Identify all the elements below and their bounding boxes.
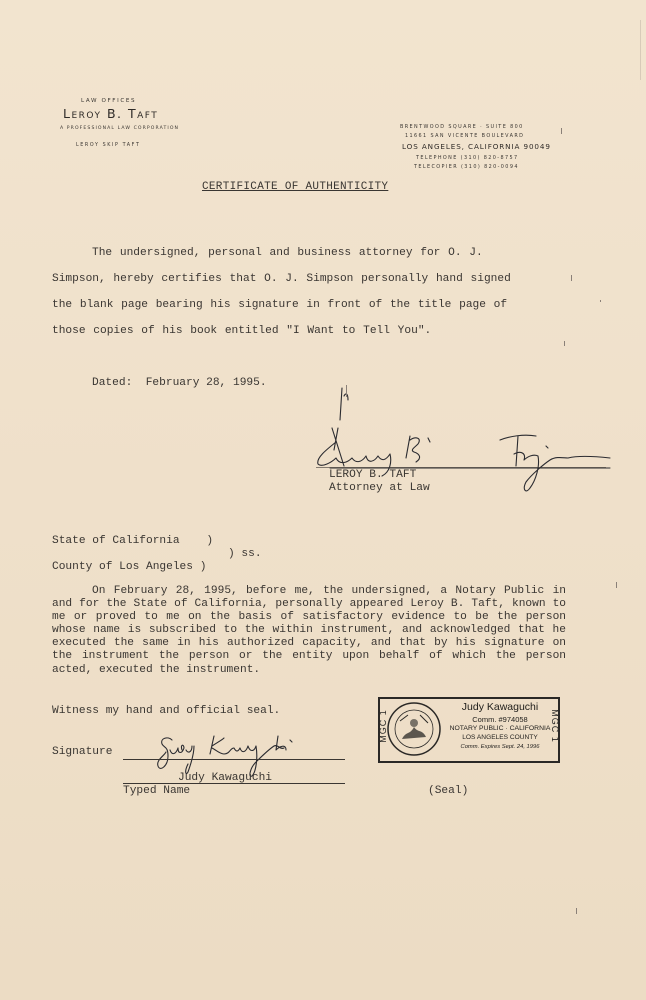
letterhead-corporation: A PROFESSIONAL LAW CORPORATION	[60, 126, 179, 131]
paper-speck	[600, 300, 601, 302]
venue-county: County of Los Angeles )	[52, 561, 206, 573]
letterhead-address-line2: 11661 SAN VICENTE BOULEVARD	[405, 133, 524, 139]
certificate-title: CERTIFICATE OF AUTHENTICITY	[202, 181, 388, 193]
notary-witness: Witness my hand and official seal.	[52, 705, 280, 717]
certificate-body-line-4: those copies of his book entitled "I Wan…	[52, 318, 431, 344]
stamp-title: NOTARY PUBLIC · CALIFORNIA	[442, 725, 558, 732]
attorney-signature-line	[316, 467, 606, 468]
notary-signature-line	[123, 759, 345, 760]
certificate-dated: Dated: February 28, 1995.	[92, 377, 267, 389]
letterhead-city: LOS ANGELES, CALIFORNIA 90049	[402, 142, 551, 151]
letterhead-address-line1: BRENTWOOD SQUARE · SUITE 800	[400, 124, 524, 130]
certificate-body-line-2: Simpson, hereby certifies that O. J. Sim…	[52, 266, 511, 292]
paper-speck	[576, 908, 577, 914]
venue-ss: ) ss.	[228, 548, 262, 560]
typed-name-line	[123, 783, 345, 784]
certificate-body-line-1: The undersigned, personal and business a…	[92, 240, 483, 266]
notary-acknowledgment: On February 28, 1995, before me, the und…	[52, 585, 566, 677]
attorney-name: LEROY B. TAFT	[329, 469, 416, 481]
letterhead-firm-name: Leroy B. Taft	[63, 106, 158, 121]
stamp-name: Judy Kawaguchi	[442, 701, 558, 713]
paper-speck	[346, 385, 347, 397]
letterhead-telecopier: TELECOPIER (310) 820-0094	[414, 164, 519, 170]
paper-speck	[564, 341, 565, 346]
paper-edge	[640, 20, 641, 80]
notary-stamp: MGC 1 MGC 1 Judy Kawaguchi Comm. #974058…	[378, 697, 560, 763]
paper-speck	[616, 582, 617, 588]
paper-speck	[571, 275, 572, 281]
stamp-county: LOS ANGELES COUNTY	[442, 734, 558, 741]
seal-label: (Seal)	[428, 785, 468, 797]
stamp-expires: Comm. Expires Sept. 24, 1996	[442, 744, 558, 750]
notary-signature-label: Signature	[52, 746, 112, 758]
stamp-comm-number: Comm. #974058	[442, 715, 558, 724]
paper-speck	[561, 128, 562, 134]
state-seal-icon	[386, 701, 442, 757]
venue-state: State of California )	[52, 535, 213, 547]
certificate-body-line-3: the blank page bearing his signature in …	[52, 292, 507, 318]
letterhead-nickname: LEROY SKIP TAFT	[76, 143, 140, 148]
letterhead-law-offices: LAW OFFICES	[81, 98, 136, 104]
typed-name-label: Typed Name	[123, 785, 190, 797]
attorney-title: Attorney at Law	[329, 482, 430, 494]
letterhead-telephone: TELEPHONE (310) 820-8757	[416, 155, 519, 161]
